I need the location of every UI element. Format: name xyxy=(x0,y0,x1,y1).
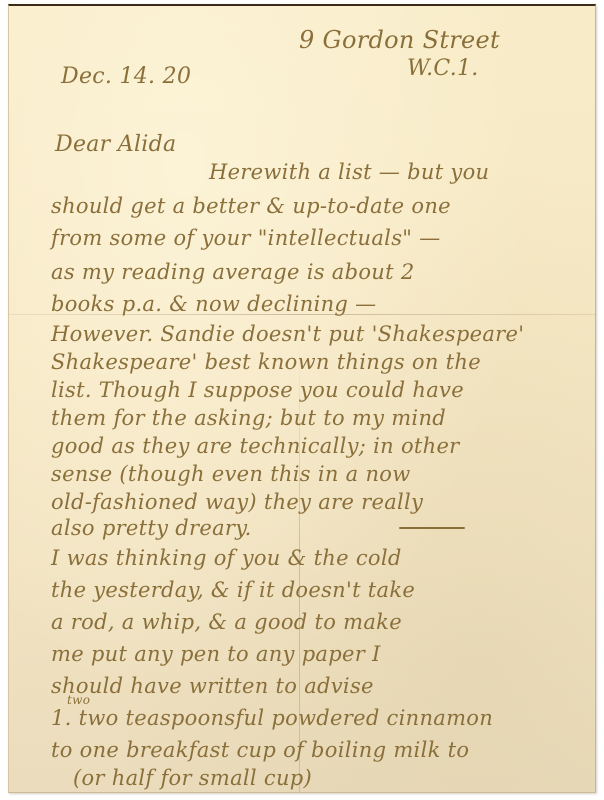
body-line: list. Though I suppose you could have xyxy=(51,380,464,401)
body-line: from some of your "intellectuals" — xyxy=(51,228,441,249)
body-line: old-fashioned way) they are really xyxy=(51,492,423,513)
body-line: Herewith a list — but you xyxy=(209,162,489,183)
body-line: sense (though even this in a now xyxy=(51,464,410,485)
insertion-note: two xyxy=(67,694,90,706)
body-line: I was thinking of you & the cold xyxy=(51,548,402,569)
body-line: as my reading average is about 2 xyxy=(51,262,415,283)
body-line: books p.a. & now declining — xyxy=(51,294,376,315)
body-line: good as they are technically; in other xyxy=(51,436,460,457)
body-line: the yesterday, & if it doesn't take xyxy=(51,580,415,601)
body-line: However. Sandie doesn't put 'Shakespeare… xyxy=(51,324,524,345)
body-line: Shakespeare' best known things on the xyxy=(51,352,481,373)
body-line: a rod, a whip, & a good to make xyxy=(51,612,402,633)
letter-page: 9 Gordon Street W.C.1. Dec. 14. 20 Dear … xyxy=(8,4,596,793)
body-line: should have written to advise xyxy=(51,676,374,697)
body-line: (or half for small cup) xyxy=(73,768,312,789)
body-line: to one breakfast cup of boiling milk to xyxy=(51,740,469,761)
body-line: me put any pen to any paper I xyxy=(51,644,381,665)
body-line: also pretty dreary. xyxy=(51,518,252,539)
body-line: 1. two teaspoonsful powdered cinnamon xyxy=(51,708,493,729)
body-line: them for the asking; but to my mind xyxy=(51,408,446,429)
address-line-1: 9 Gordon Street xyxy=(299,28,500,52)
dash-stroke xyxy=(399,527,465,529)
address-line-2: W.C.1. xyxy=(407,58,479,80)
salutation: Dear Alida xyxy=(55,134,176,156)
body-line: should get a better & up-to-date one xyxy=(51,196,451,217)
letter-date: Dec. 14. 20 xyxy=(61,66,191,88)
